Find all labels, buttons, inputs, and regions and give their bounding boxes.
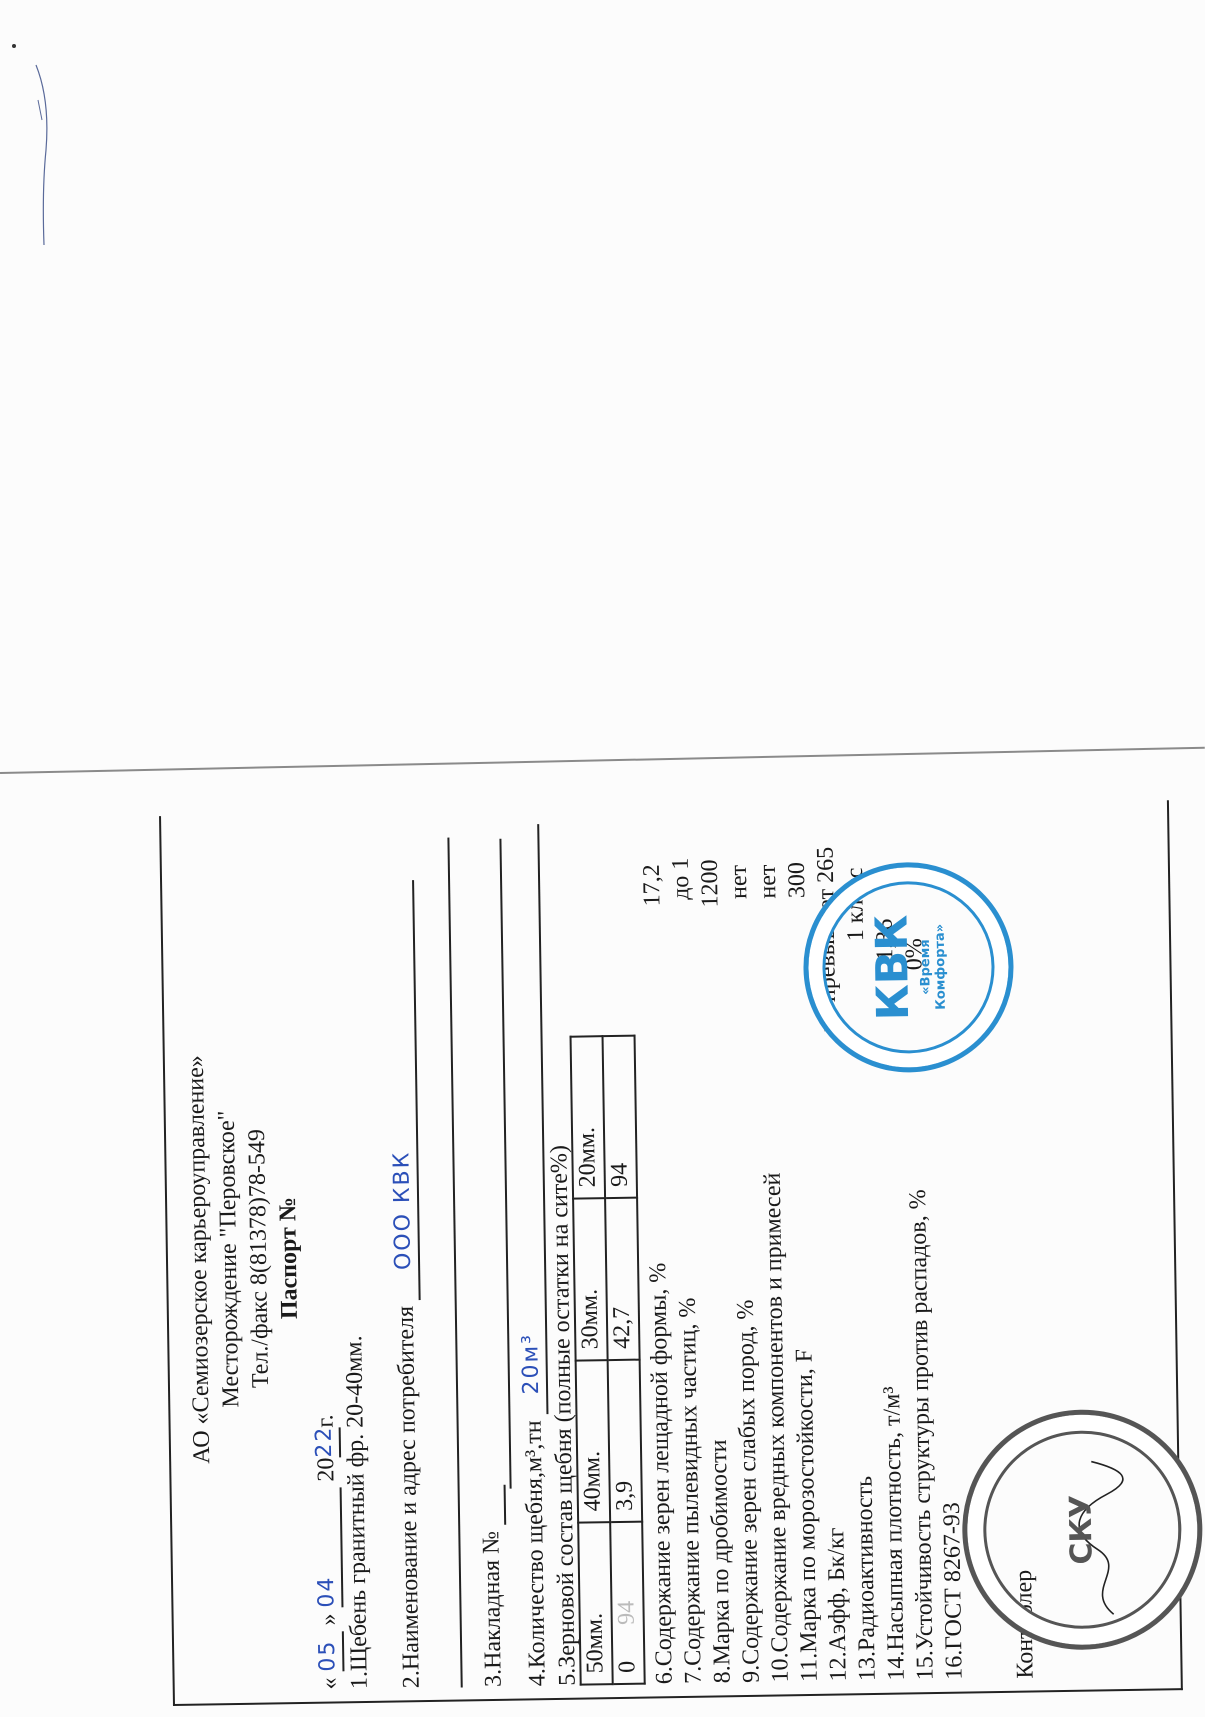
stray-pen-mark xyxy=(28,60,58,250)
quantity-value: 20м³ xyxy=(518,1333,544,1395)
item-2-consumer: 2.Наименование и адрес потребителя ООО К… xyxy=(384,880,426,1689)
consumer-value: ООО КВК xyxy=(389,1151,416,1271)
item-1-product: 1.Щебень гранитный фр. 20-40мм. xyxy=(341,1335,374,1689)
page-fold-line xyxy=(0,747,1205,774)
passport-form: АО «Семиозерское карьероуправление» Мест… xyxy=(159,800,1183,1706)
date-month: 04 xyxy=(314,1575,339,1607)
company-stamp-kvk: КВК «Время Комфорта» xyxy=(802,861,1015,1074)
grain-composition-table: 50мм. 40мм. 30мм. 20мм. 0 94 3,9 42,7 94 xyxy=(570,1035,646,1686)
grain-value-20: 94 xyxy=(603,1036,638,1198)
scan-speck xyxy=(12,44,16,48)
kvk-stamp-name: «Время Комфорта» xyxy=(918,914,950,1020)
grain-header-50: 50мм. xyxy=(578,1522,613,1684)
invoice-extra-line xyxy=(499,839,511,1489)
date-line: « 05 » 04 2022г. xyxy=(310,1414,344,1690)
grain-header-20: 20мм. xyxy=(571,1036,606,1198)
date-year: 22 xyxy=(312,1425,337,1457)
sku-logo-icon: СКУ xyxy=(1065,1495,1101,1565)
grain-value-50: 0 94 xyxy=(610,1522,645,1684)
company-stamp-sku: СКУ xyxy=(960,1408,1204,1652)
grain-value-30: 42,7 xyxy=(605,1198,640,1360)
kvk-logo-icon: КВК xyxy=(867,914,919,1020)
grain-header-30: 30мм. xyxy=(573,1198,608,1360)
grain-value-40: 3,9 xyxy=(608,1360,643,1522)
form-header: АО «Семиозерское карьероуправление» Мест… xyxy=(179,814,313,1704)
date-day: 05 xyxy=(315,1639,340,1671)
item-4-quantity: 4.Количество щебня,м³,тн 20м³ xyxy=(509,824,552,1686)
consumer-extra-line xyxy=(447,838,462,1688)
item-3-invoice: 3.Накладная № xyxy=(478,1485,509,1687)
form-frame: АО «Семиозерское карьероуправление» Мест… xyxy=(159,800,1183,1706)
grain-header-40: 40мм. xyxy=(576,1360,611,1522)
ghost-value: 94 xyxy=(614,1601,640,1625)
